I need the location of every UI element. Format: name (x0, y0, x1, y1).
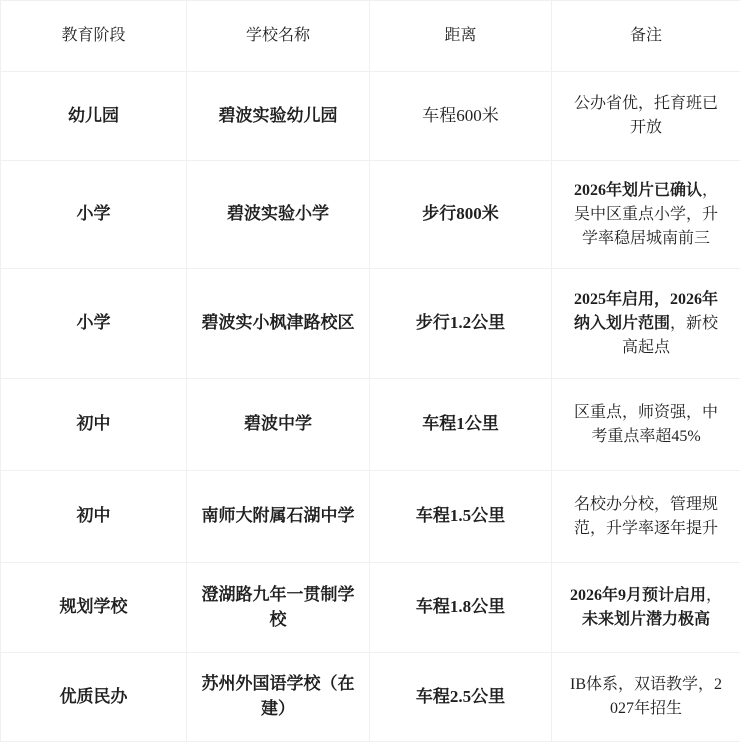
cell-distance: 车程1公里 (370, 379, 552, 471)
column-header-school: 学校名称 (187, 1, 370, 72)
cell-note: 区重点，师资强，中考重点率超45% (552, 379, 740, 471)
cell-school: 澄湖路九年一贯制学校 (187, 563, 370, 653)
column-header-note: 备注 (552, 1, 740, 72)
school-access-table: 教育阶段 学校名称 距离 备注 幼儿园 碧波实验幼儿园 车程600米 公办省优，… (0, 0, 740, 742)
cell-note: 2026年9月预计启用，未来划片潜力极高 (552, 563, 740, 653)
note-segment: 2026年划片已确认 (574, 182, 702, 199)
cell-stage: 优质民办 (1, 653, 187, 742)
table-row: 幼儿园 碧波实验幼儿园 车程600米 公办省优，托育班已开放 (1, 72, 740, 161)
cell-distance: 步行1.2公里 (370, 269, 552, 379)
note-segment: IB体系，双语教学，2027年招生 (570, 676, 722, 717)
note-segment: 2026年9月预计启用 (570, 587, 706, 604)
cell-stage: 小学 (1, 269, 187, 379)
note-segment: ， (706, 587, 722, 604)
cell-school: 南师大附属石湖中学 (187, 471, 370, 563)
cell-school: 苏州外国语学校（在建） (187, 653, 370, 742)
cell-stage: 小学 (1, 161, 187, 269)
cell-stage: 初中 (1, 471, 187, 563)
cell-stage: 规划学校 (1, 563, 187, 653)
table-row: 小学 碧波实小枫津路校区 步行1.2公里 2025年启用，2026年纳入划片范围… (1, 269, 740, 379)
cell-school: 碧波实验小学 (187, 161, 370, 269)
cell-note: IB体系，双语教学，2027年招生 (552, 653, 740, 742)
cell-school: 碧波实验幼儿园 (187, 72, 370, 161)
table-row: 优质民办 苏州外国语学校（在建） 车程2.5公里 IB体系，双语教学，2027年… (1, 653, 740, 742)
cell-school: 碧波中学 (187, 379, 370, 471)
cell-note: 2025年启用，2026年纳入划片范围，新校高起点 (552, 269, 740, 379)
header-row: 教育阶段 学校名称 距离 备注 (1, 1, 740, 72)
table-row: 初中 南师大附属石湖中学 车程1.5公里 名校办分校，管理规范，升学率逐年提升 (1, 471, 740, 563)
cell-stage: 初中 (1, 379, 187, 471)
table-row: 小学 碧波实验小学 步行800米 2026年划片已确认，吴中区重点小学，升学率稳… (1, 161, 740, 269)
cell-distance: 车程1.5公里 (370, 471, 552, 563)
table-row: 规划学校 澄湖路九年一贯制学校 车程1.8公里 2026年9月预计启用，未来划片… (1, 563, 740, 653)
cell-stage: 幼儿园 (1, 72, 187, 161)
column-header-stage: 教育阶段 (1, 1, 187, 72)
cell-distance: 车程2.5公里 (370, 653, 552, 742)
cell-distance: 车程1.8公里 (370, 563, 552, 653)
cell-note: 公办省优，托育班已开放 (552, 72, 740, 161)
note-segment: 名校办分校，管理规范，升学率逐年提升 (574, 496, 718, 537)
cell-school: 碧波实小枫津路校区 (187, 269, 370, 379)
cell-note: 2026年划片已确认，吴中区重点小学，升学率稳居城南前三 (552, 161, 740, 269)
cell-distance: 步行800米 (370, 161, 552, 269)
column-header-distance: 距离 (370, 1, 552, 72)
cell-distance: 车程600米 (370, 72, 552, 161)
cell-note: 名校办分校，管理规范，升学率逐年提升 (552, 471, 740, 563)
note-segment: 公办省优，托育班已开放 (574, 95, 718, 136)
table-row: 初中 碧波中学 车程1公里 区重点，师资强，中考重点率超45% (1, 379, 740, 471)
note-segment: 区重点，师资强，中考重点率超45% (574, 404, 718, 445)
note-segment: 未来划片潜力极高 (582, 611, 710, 628)
